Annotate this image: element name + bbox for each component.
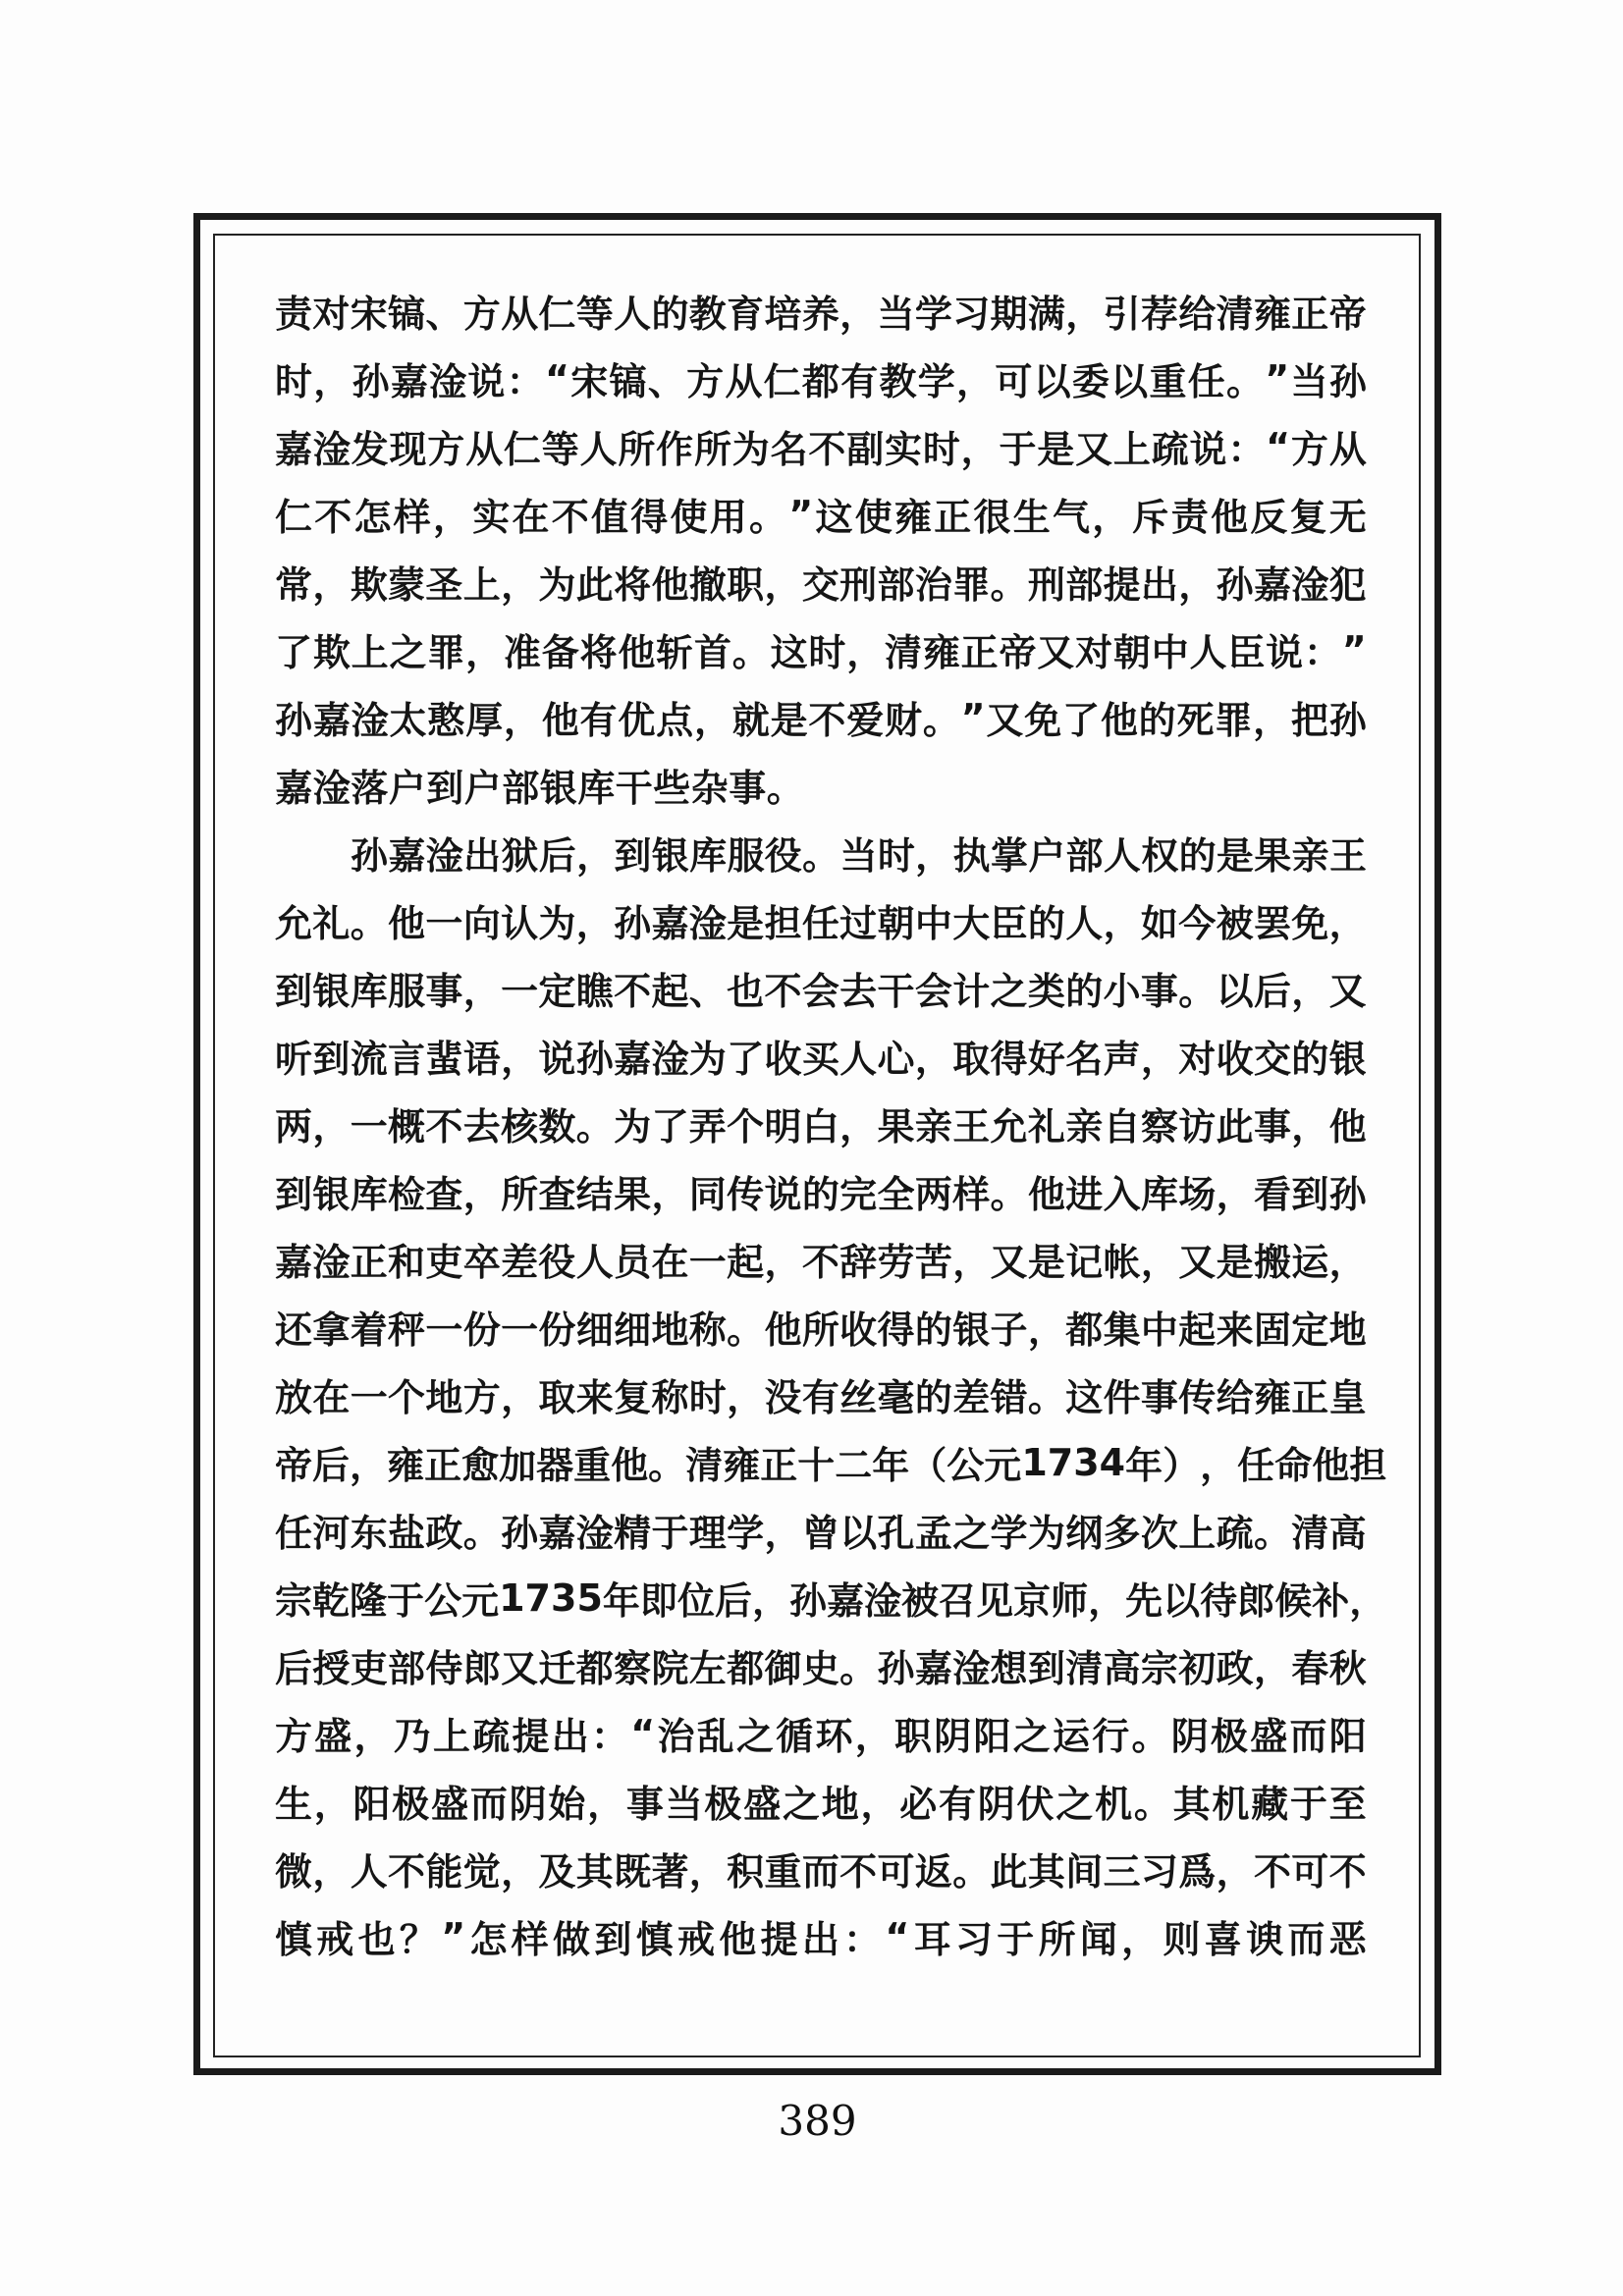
text-line: 孙嘉淦太憨厚，他有优点，就是不爱财。”又免了他的死罪，把孙 xyxy=(275,683,1367,751)
text-line: 生，阳极盛而阴始，事当极盛之地，必有阴伏之机。其机藏于至 xyxy=(275,1767,1367,1835)
text-line: 常，欺蒙圣上，为此将他撤职，交刑部治罪。刑部提出，孙嘉淦犯 xyxy=(275,548,1367,615)
text-line: 责对宋镐、方从仁等人的教育培养，当学习期满，引荐给清雍正帝 xyxy=(275,277,1367,345)
text-line: 宗乾隆于公元1735年即位后，孙嘉淦被召见京师，先以待郎候补， xyxy=(275,1564,1367,1631)
text-line: 还拿着秤一份一份细细地称。他所收得的银子，都集中起来固定地 xyxy=(275,1293,1367,1361)
book-page: 责对宋镐、方从仁等人的教育培养，当学习期满，引荐给清雍正帝 时，孙嘉淦说：“宋镐… xyxy=(0,0,1623,2296)
text-line: 方盛，乃上疏提出：“治乱之循环，职阴阳之运行。阴极盛而阳 xyxy=(275,1699,1367,1767)
text-line: 嘉淦正和吏卒差役人员在一起，不辞劳苦，又是记帐，又是搬运， xyxy=(275,1225,1367,1293)
text-line: 后授吏部侍郎又迁都察院左都御史。孙嘉淦想到清高宗初政，春秋 xyxy=(275,1631,1367,1699)
text-line: 时，孙嘉淦说：“宋镐、方从仁都有教学，可以委以重任。”当孙 xyxy=(275,345,1367,412)
text-line: 仁不怎样，实在不值得使用。”这使雍正很生气，斥责他反复无 xyxy=(275,480,1367,548)
text-line: 任河东盐政。孙嘉淦精于理学，曾以孔孟之学为纲多次上疏。清高 xyxy=(275,1496,1367,1564)
text-line: 允礼。他一向认为，孙嘉淦是担任过朝中大臣的人，如今被罢免， xyxy=(275,886,1367,954)
text-line-paragraph-end: 嘉淦落户到户部银库干些杂事。 xyxy=(275,751,1367,819)
text-line: 放在一个地方，取来复称时，没有丝毫的差错。这件事传给雍正皇 xyxy=(275,1361,1367,1428)
text-line: 微，人不能觉，及其既著，积重而不可返。此其间三习爲，不可不 xyxy=(275,1835,1367,1902)
text-line: 两，一概不去核数。为了弄个明白，果亲王允礼亲自察访此事，他 xyxy=(275,1090,1367,1157)
text-line: 到银库检查，所查结果，同传说的完全两样。他进入库场，看到孙 xyxy=(275,1157,1367,1225)
text-line: 到银库服事，一定瞧不起、也不会去干会计之类的小事。以后，又 xyxy=(275,954,1367,1022)
text-line: 慎戒也？”怎样做到慎戒他提出：“耳习于所闻，则喜谀而恶 xyxy=(275,1902,1367,1970)
text-line: 帝后，雍正愈加器重他。清雍正十二年（公元1734年），任命他担 xyxy=(275,1428,1367,1496)
text-line: 听到流言蜚语，说孙嘉淦为了收买人心，取得好名声，对收交的银 xyxy=(275,1022,1367,1090)
text-line: 嘉淦发现方从仁等人所作所为名不副实时，于是又上疏说：“方从 xyxy=(275,412,1367,480)
page-number: 389 xyxy=(193,2097,1441,2145)
text-line-paragraph-start: 孙嘉淦出狱后，到银库服役。当时，执掌户部人权的是果亲王 xyxy=(275,819,1367,886)
body-text: 责对宋镐、方从仁等人的教育培养，当学习期满，引荐给清雍正帝 时，孙嘉淦说：“宋镐… xyxy=(275,277,1367,1970)
text-line: 了欺上之罪，准备将他斩首。这时，清雍正帝又对朝中人臣说：” xyxy=(275,615,1367,683)
